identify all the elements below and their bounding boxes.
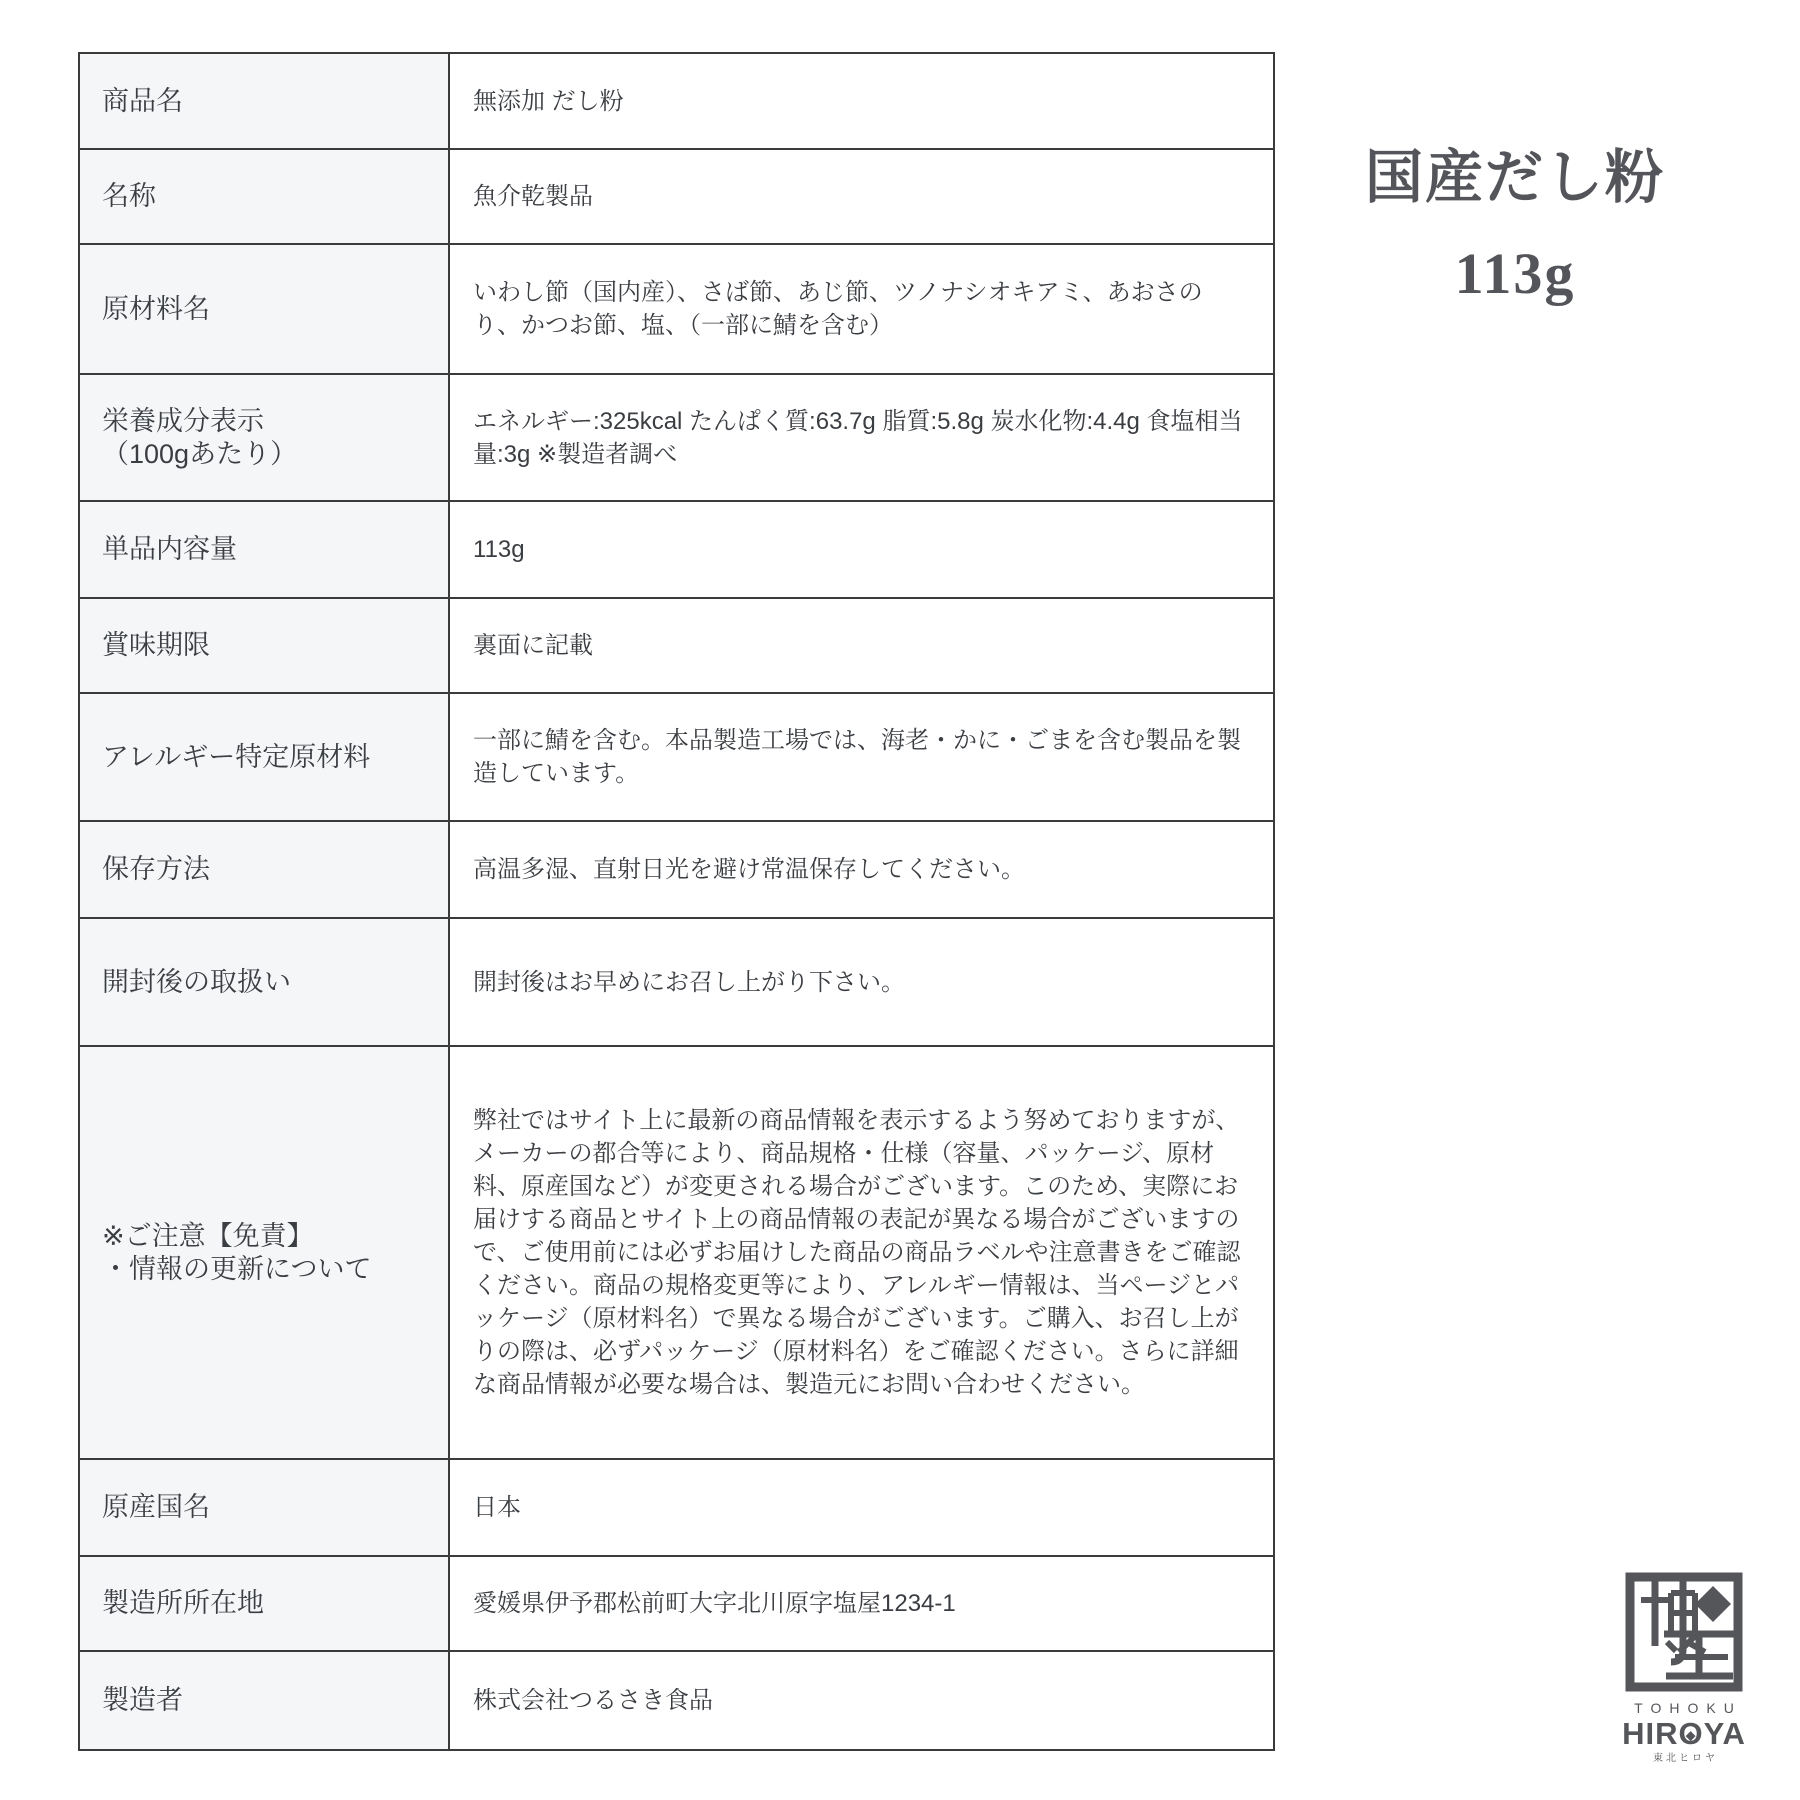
spec-value-after-opening: 開封後はお早めにお召し上がり下さい。	[450, 919, 1273, 1045]
table-row: 商品名 無添加 だし粉	[80, 54, 1273, 150]
spec-label-disclaimer: ※ご注意【免責】 ・情報の更新について	[80, 1047, 450, 1458]
spec-label-allergen: アレルギー特定原材料	[80, 694, 450, 820]
diamond-icon: ◆	[1686, 1729, 1697, 1742]
spec-label-product-name: 商品名	[80, 54, 450, 148]
logo-hiroya-pre: HIR	[1622, 1716, 1678, 1751]
table-row: ※ご注意【免責】 ・情報の更新について 弊社ではサイト上に最新の商品情報を表示す…	[80, 1047, 1273, 1460]
spec-value-country-of-origin: 日本	[450, 1460, 1273, 1555]
spec-value-product-name: 無添加 だし粉	[450, 54, 1273, 148]
table-row: 製造所所在地 愛媛県伊予郡松前町大字北川原字塩屋1234-1	[80, 1557, 1273, 1652]
spec-label-net-content: 単品内容量	[80, 502, 450, 597]
logo-hiroya-text: HIRO◆YA	[1620, 1718, 1748, 1750]
table-row: 原材料名 いわし節（国内産）、さば節、あじ節、ツノナシオキアミ、あおさの り、か…	[80, 245, 1273, 375]
logo-subtext: 東北ヒロヤ	[1620, 1753, 1748, 1765]
spec-label-factory-address: 製造所所在地	[80, 1557, 450, 1650]
spec-value-factory-address: 愛媛県伊予郡松前町大字北川原字塩屋1234-1	[450, 1557, 1273, 1650]
product-spec-table: 商品名 無添加 だし粉 名称 魚介乾製品 原材料名 いわし節（国内産）、さば節、…	[78, 52, 1275, 1751]
table-row: 原産国名 日本	[80, 1460, 1273, 1557]
spec-value-ingredients: いわし節（国内産）、さば節、あじ節、ツノナシオキアミ、あおさの り、かつお節、塩…	[450, 245, 1273, 373]
spec-label-best-before: 賞味期限	[80, 599, 450, 692]
spec-label-storage: 保存方法	[80, 822, 450, 917]
table-row: 単品内容量 113g	[80, 502, 1273, 599]
logo-o-letter: O◆	[1679, 1718, 1704, 1750]
spec-label-manufacturer: 製造者	[80, 1652, 450, 1749]
spec-value-disclaimer: 弊社ではサイト上に最新の商品情報を表示するよう努めておりますが、 メーカーの都合…	[450, 1047, 1273, 1458]
product-title-name: 国産だし粉	[1350, 130, 1680, 226]
spec-label-category: 名称	[80, 150, 450, 243]
table-row: 栄養成分表示 （100gあたり） エネルギー:325kcal たんぱく質:63.…	[80, 375, 1273, 502]
logo-tohoku-text: TOHOKU	[1620, 1700, 1748, 1716]
spec-value-best-before: 裏面に記載	[450, 599, 1273, 692]
table-row: 賞味期限 裏面に記載	[80, 599, 1273, 694]
spec-label-nutrition: 栄養成分表示 （100gあたり）	[80, 375, 450, 500]
spec-value-storage: 高温多湿、直射日光を避け常温保存してください。	[450, 822, 1273, 917]
spec-label-after-opening: 開封後の取扱い	[80, 919, 450, 1045]
hiroya-kanji-mark-icon	[1625, 1572, 1743, 1692]
spec-value-nutrition: エネルギー:325kcal たんぱく質:63.7g 脂質:5.8g 炭水化物:4…	[450, 375, 1273, 500]
table-row: 保存方法 高温多湿、直射日光を避け常温保存してください。	[80, 822, 1273, 919]
product-title-weight: 113g	[1350, 226, 1680, 322]
product-title: 国産だし粉 113g	[1350, 130, 1680, 322]
table-row: 製造者 株式会社つるさき食品	[80, 1652, 1273, 1749]
table-row: 開封後の取扱い 開封後はお早めにお召し上がり下さい。	[80, 919, 1273, 1047]
table-row: 名称 魚介乾製品	[80, 150, 1273, 245]
spec-label-ingredients: 原材料名	[80, 245, 450, 373]
spec-value-net-content: 113g	[450, 502, 1273, 597]
spec-value-category: 魚介乾製品	[450, 150, 1273, 243]
spec-value-manufacturer: 株式会社つるさき食品	[450, 1652, 1273, 1749]
logo-hiroya-post: YA	[1704, 1716, 1746, 1751]
brand-logo: TOHOKU HIRO◆YA 東北ヒロヤ	[1620, 1572, 1748, 1765]
spec-value-allergen: 一部に鯖を含む。本品製造工場では、海老・かに・ごまを含む製品を製 造しています。	[450, 694, 1273, 820]
table-row: アレルギー特定原材料 一部に鯖を含む。本品製造工場では、海老・かに・ごまを含む製…	[80, 694, 1273, 822]
spec-label-country-of-origin: 原産国名	[80, 1460, 450, 1555]
